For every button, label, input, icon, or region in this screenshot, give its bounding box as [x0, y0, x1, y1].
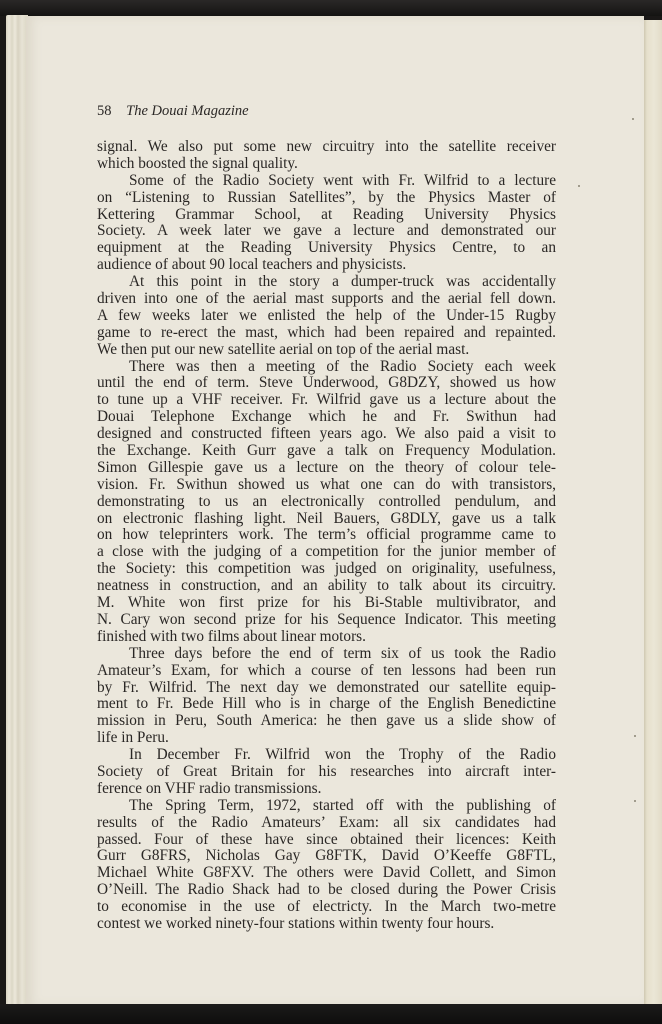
- text-line: mission in Peru, South America: he then …: [97, 713, 556, 730]
- text-line: signal. We also put some new circuitry i…: [97, 139, 556, 156]
- paragraph: Some of the Radio Society went with Fr. …: [97, 173, 556, 274]
- running-header: 58 The Douai Magazine: [97, 103, 249, 120]
- text-line: results of the Radio Amateurs’ Exam: all…: [97, 815, 556, 832]
- text-line: O’Neill. The Radio Shack had to be close…: [97, 882, 556, 899]
- text-line: life in Peru.: [97, 730, 556, 747]
- text-line: a close with the judging of a competitio…: [97, 544, 556, 561]
- text-line: Simon Gillespie gave us a lecture on the…: [97, 460, 556, 477]
- paper-speck: [634, 800, 636, 802]
- publication-title: The Douai Magazine: [126, 103, 248, 119]
- text-line: the Society: this competition was judged…: [97, 561, 556, 578]
- text-line: neatness in construction, and an ability…: [97, 578, 556, 595]
- text-line: Amateur’s Exam, for which a course of te…: [97, 663, 556, 680]
- text-line: designed and constructed fifteen years a…: [97, 426, 556, 443]
- text-line: driven into one of the aerial mast suppo…: [97, 291, 556, 308]
- article-body: signal. We also put some new circuitry i…: [97, 139, 556, 933]
- text-line: until the end of term. Steve Underwood, …: [97, 375, 556, 392]
- text-line: passed. Four of these have since obtaine…: [97, 832, 556, 849]
- text-line: Society. A week later we gave a lecture …: [97, 223, 556, 240]
- adjacent-page-edge: [644, 20, 662, 1005]
- text-line: the Exchange. Keith Gurr gave a talk on …: [97, 443, 556, 460]
- text-line: Michael White G8FXV. The others were Dav…: [97, 865, 556, 882]
- text-line: to economise in the use of electricty. I…: [97, 899, 556, 916]
- text-line: on “Listening to Russian Satellites”, by…: [97, 190, 556, 207]
- paper-speck: [578, 185, 580, 187]
- text-line: demonstrating to us an electronically co…: [97, 494, 556, 511]
- text-line: M. White won first prize for his Bi-Stab…: [97, 595, 556, 612]
- text-line: We then put our new satellite aerial on …: [97, 342, 556, 359]
- text-line: ference on VHF radio transmissions.: [97, 781, 556, 798]
- paragraph: There was then a meeting of the Radio So…: [97, 359, 556, 646]
- text-line: Three days before the end of term six of…: [97, 646, 556, 663]
- text-line: There was then a meeting of the Radio So…: [97, 359, 556, 376]
- text-line: ment to Fr. Bede Hill who is in charge o…: [97, 696, 556, 713]
- text-line: vision. Fr. Swithun showed us what one c…: [97, 477, 556, 494]
- text-line: on how teleprinters work. The term’s off…: [97, 527, 556, 544]
- text-line: contest we worked ninety-four stations w…: [97, 916, 556, 933]
- text-line: A few weeks later we enlisted the help o…: [97, 308, 556, 325]
- text-line: Society of Great Britain for his researc…: [97, 764, 556, 781]
- text-line: by Fr. Wilfrid. The next day we demonstr…: [97, 680, 556, 697]
- text-line: Kettering Grammar School, at Reading Uni…: [97, 207, 556, 224]
- paragraph: In December Fr. Wilfrid won the Trophy o…: [97, 747, 556, 798]
- text-line: Some of the Radio Society went with Fr. …: [97, 173, 556, 190]
- paper-speck: [632, 118, 634, 120]
- text-line: The Spring Term, 1972, started off with …: [97, 798, 556, 815]
- text-line: Gurr G8FRS, Nicholas Gay G8FTK, David O’…: [97, 848, 556, 865]
- page-stack-edges: [6, 15, 28, 1007]
- paragraph: signal. We also put some new circuitry i…: [97, 139, 556, 173]
- text-line: In December Fr. Wilfrid won the Trophy o…: [97, 747, 556, 764]
- paragraph: Three days before the end of term six of…: [97, 646, 556, 747]
- text-line: audience of about 90 local teachers and …: [97, 257, 556, 274]
- text-line: which boosted the signal quality.: [97, 156, 556, 173]
- paragraph: The Spring Term, 1972, started off with …: [97, 798, 556, 933]
- paper-speck: [634, 735, 636, 737]
- text-line: At this point in the story a dumper-truc…: [97, 274, 556, 291]
- scan-top-border: [0, 0, 662, 16]
- text-line: on electronic flashing light. Neil Bauer…: [97, 511, 556, 528]
- text-line: finished with two films about linear mot…: [97, 629, 556, 646]
- paragraph: At this point in the story a dumper-truc…: [97, 274, 556, 358]
- text-line: equipment at the Reading University Phys…: [97, 240, 556, 257]
- page-number: 58: [97, 103, 112, 119]
- text-line: Douai Telephone Exchange which he and Fr…: [97, 409, 556, 426]
- text-line: game to re-erect the mast, which had bee…: [97, 325, 556, 342]
- text-line: N. Cary won second prize for his Sequenc…: [97, 612, 556, 629]
- scan-bottom-border: [0, 1004, 662, 1024]
- text-line: to tune up a VHF receiver. Fr. Wilfrid g…: [97, 392, 556, 409]
